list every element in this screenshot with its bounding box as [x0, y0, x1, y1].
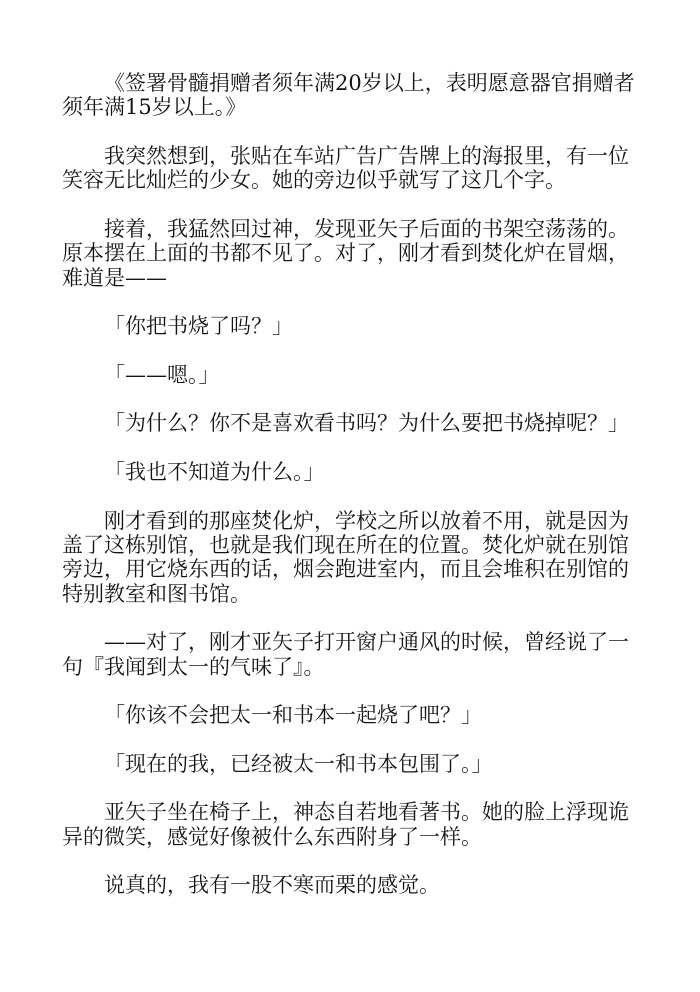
- text-line: 异的微笑，感觉好像被什么东西附身了一样。: [62, 825, 634, 849]
- paragraph-empty-bookshelf: 接着，我猛然回过神，发现亚矢子后面的书架空荡荡的。 原本摆在上面的书都不见了。对…: [62, 217, 634, 290]
- document-page: 《签署骨髓捐赠者须年满20岁以上，表明愿意器官捐赠者 须年满15岁以上。》 我突…: [62, 71, 634, 922]
- text-line: 「你把书烧了吗？」: [62, 314, 634, 338]
- dialogue-line: 「我也不知道为什么。」: [62, 460, 634, 484]
- text-line: 亚矢子坐在椅子上，神态自若地看著书。她的脸上浮现诡: [62, 800, 634, 824]
- dialogue-line: 「你把书烧了吗？」: [62, 314, 634, 338]
- dialogue-line: 「——嗯。」: [62, 363, 634, 387]
- text-line: 「现在的我，已经被太一和书本包围了。」: [62, 752, 634, 776]
- dialogue-line: 「为什么？你不是喜欢看书吗？为什么要把书烧掉呢？」: [62, 411, 634, 435]
- text-line: 句『我闻到太一的气味了』。: [62, 655, 634, 679]
- text-line: 旁边，用它烧东西的话，烟会跑进室内，而且会堆积在别馆的: [62, 557, 634, 581]
- text-line: 「为什么？你不是喜欢看书吗？为什么要把书烧掉呢？」: [62, 411, 634, 435]
- paragraph-ayako-smile: 亚矢子坐在椅子上，神态自若地看著书。她的脸上浮现诡 异的微笑，感觉好像被什么东西…: [62, 800, 634, 849]
- text-line: ——对了，刚才亚矢子打开窗户通风的时候，曾经说了一: [62, 630, 634, 654]
- text-line: 盖了这栋别馆，也就是我们现在所在的位置。焚化炉就在别馆: [62, 533, 634, 557]
- text-line: 「我也不知道为什么。」: [62, 460, 634, 484]
- text-line: 说真的，我有一股不寒而栗的感觉。: [62, 873, 634, 897]
- text-line: 原本摆在上面的书都不见了。对了，刚才看到焚化炉在冒烟，: [62, 241, 634, 265]
- paragraph-incinerator: 刚才看到的那座焚化炉，学校之所以放着不用，就是因为 盖了这栋别馆，也就是我们现在…: [62, 509, 634, 607]
- paragraph-smell-remark: ——对了，刚才亚矢子打开窗户通风的时候，曾经说了一 句『我闻到太一的气味了』。: [62, 630, 634, 679]
- paragraph-chill: 说真的，我有一股不寒而栗的感觉。: [62, 873, 634, 897]
- dialogue-line: 「现在的我，已经被太一和书本包围了。」: [62, 752, 634, 776]
- text-line: 接着，我猛然回过神，发现亚矢子后面的书架空荡荡的。: [62, 217, 634, 241]
- text-line: 须年满15岁以上。》: [62, 95, 634, 119]
- text-line: 特别教室和图书馆。: [62, 582, 634, 606]
- paragraph-donor-notice: 《签署骨髓捐赠者须年满20岁以上，表明愿意器官捐赠者 须年满15岁以上。》: [62, 71, 634, 120]
- dialogue-line: 「你该不会把太一和书本一起烧了吧？」: [62, 703, 634, 727]
- text-line: 我突然想到，张贴在车站广告广告牌上的海报里，有一位: [62, 144, 634, 168]
- text-line: 「——嗯。」: [62, 363, 634, 387]
- paragraph-poster-memory: 我突然想到，张贴在车站广告广告牌上的海报里，有一位 笑容无比灿烂的少女。她的旁边…: [62, 144, 634, 193]
- text-line: 《签署骨髓捐赠者须年满20岁以上，表明愿意器官捐赠者: [62, 71, 634, 95]
- text-line: 刚才看到的那座焚化炉，学校之所以放着不用，就是因为: [62, 509, 634, 533]
- text-line: 笑容无比灿烂的少女。她的旁边似乎就写了这几个字。: [62, 168, 634, 192]
- text-line: 「你该不会把太一和书本一起烧了吧？」: [62, 703, 634, 727]
- text-line: 难道是——: [62, 266, 634, 290]
